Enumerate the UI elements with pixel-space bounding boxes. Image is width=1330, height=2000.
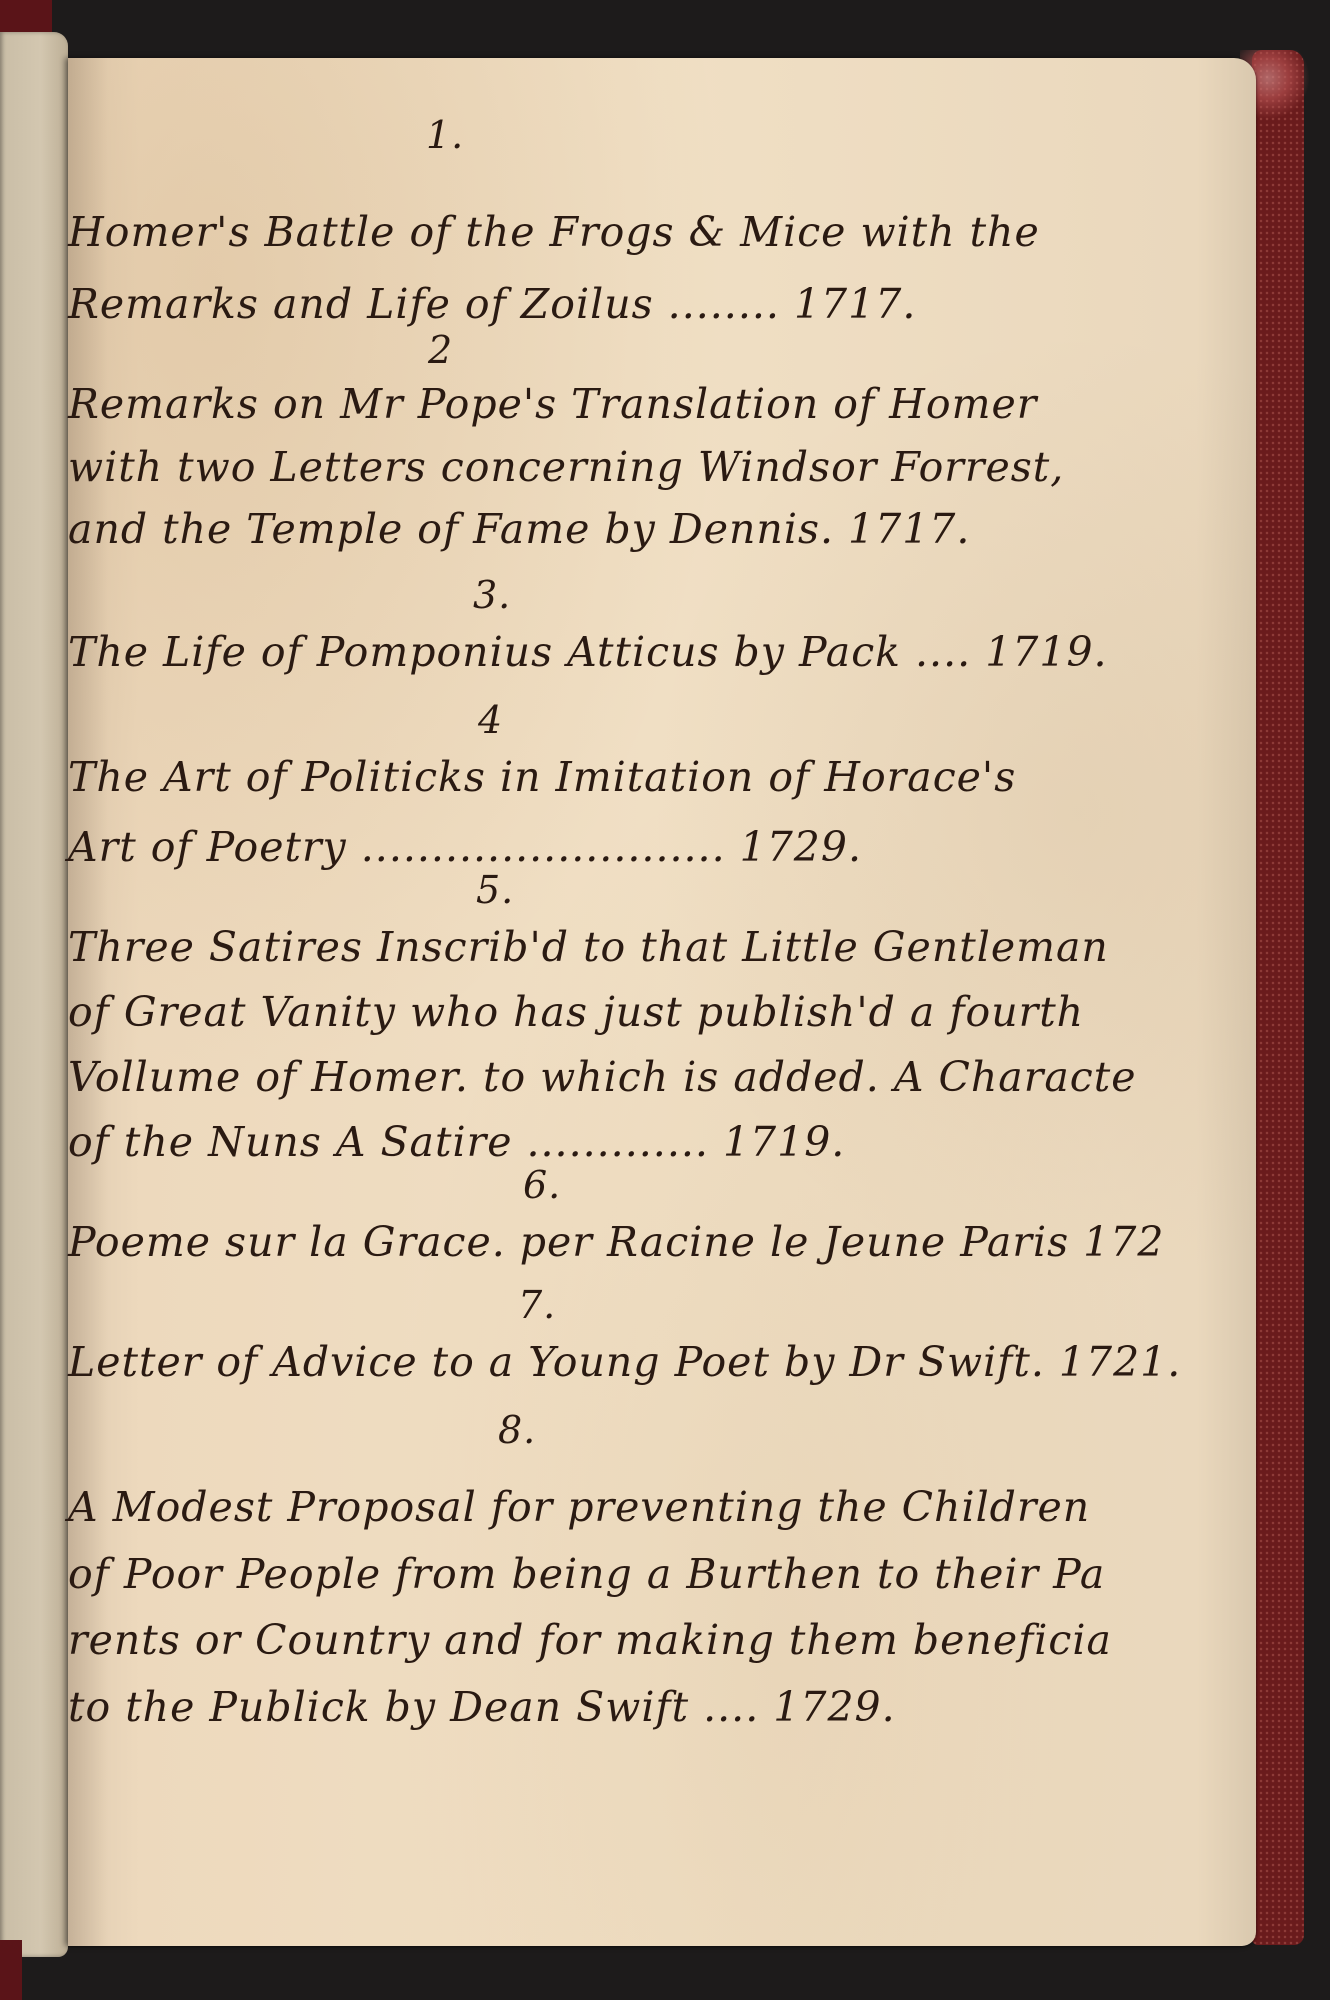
entry-3-line-1: The Life of Pomponius Atticus by Pack ..… (68, 628, 1108, 676)
cloth-binding-edge (1252, 50, 1304, 1945)
entry-number-6: 6. (523, 1163, 561, 1207)
entry-number-2: 2 (428, 328, 453, 372)
entry-8-line-1: A Modest Proposal for preventing the Chi… (68, 1483, 1090, 1531)
facing-page-edge (0, 32, 68, 1957)
entry-5-line-1: Three Satires Inscrib'd to that Little G… (68, 923, 1109, 971)
entry-4-line-2: Art of Poetry ..........................… (68, 823, 862, 871)
entry-6-line-1: Poeme sur la Grace. per Racine le Jeune … (68, 1218, 1164, 1266)
entry-8-line-3: rents or Country and for making them ben… (68, 1616, 1112, 1664)
entry-number-3: 3. (473, 573, 511, 617)
entry-number-5: 5. (476, 868, 514, 912)
manuscript-page: 1. Homer's Battle of the Frogs & Mice wi… (68, 58, 1256, 1946)
entry-2-line-1: Remarks on Mr Pope's Translation of Home… (68, 380, 1037, 428)
entry-number-7: 7. (518, 1283, 556, 1327)
entry-number-1: 1. (426, 113, 464, 157)
entry-4-line-1: The Art of Politicks in Imitation of Hor… (68, 753, 1016, 801)
entry-1-line-1: Homer's Battle of the Frogs & Mice with … (68, 208, 1040, 256)
entry-2-line-2: with two Letters concerning Windsor Forr… (68, 443, 1064, 491)
entry-5-line-2: of Great Vanity who has just publish'd a… (68, 988, 1084, 1036)
entry-2-line-3: and the Temple of Fame by Dennis. 1717. (68, 505, 970, 553)
book-cover-corner-bottom (0, 1940, 22, 2000)
entry-5-line-3: Vollume of Homer. to which is added. A C… (68, 1053, 1136, 1101)
entry-1-line-2: Remarks and Life of Zoilus ........ 1717… (68, 280, 916, 328)
entry-number-4: 4 (478, 698, 503, 742)
entry-8-line-2: of Poor People from being a Burthen to t… (68, 1550, 1105, 1598)
entry-5-line-4: of the Nuns A Satire ............. 1719. (68, 1118, 845, 1166)
entry-8-line-4: to the Publick by Dean Swift .... 1729. (68, 1683, 896, 1731)
entry-7-line-1: Letter of Advice to a Young Poet by Dr S… (68, 1338, 1181, 1386)
entry-number-8: 8. (498, 1408, 536, 1452)
